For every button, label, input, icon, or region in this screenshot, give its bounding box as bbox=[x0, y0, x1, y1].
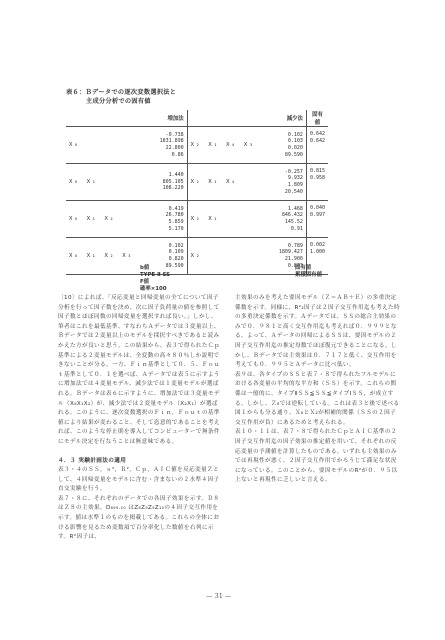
table-row: X₈X₁X₂0.41926.7805.8595.170X₂X₁1.468846.… bbox=[66, 201, 328, 238]
left-paragraph-1: 〔10〕によれば、「反応変量と回帰変量の全てについて因子分析を行って因子数を決め… bbox=[58, 294, 220, 448]
decrease-vars-cell: X₂X₁X₄ bbox=[187, 164, 265, 201]
decrease-vars-cell: X₂X₁X₄X₃ bbox=[187, 127, 265, 164]
decrease-values-cell: 0.1020.1030.02089.590 bbox=[265, 127, 307, 164]
left-paragraph-2: 表３・４のＳＳ，ｓ²，Ｒ²，Ｃｐ，ＡＩＣ値を反応変量Ｚとして、４回帰変量をモデル… bbox=[58, 466, 220, 495]
increase-vars-cell: X₈ bbox=[66, 127, 149, 164]
table-row: X₈X₁1.440805.105108.220X₂X₁X₄-0.2579.932… bbox=[66, 164, 328, 201]
variable-selection-table: 増加法 減少法 固有値 X₈-0.7381831.89822.8000.86X₂… bbox=[66, 110, 328, 275]
increase-values-cell: 0.41926.7805.8595.170 bbox=[149, 201, 188, 238]
left-text-column: 〔10〕によれば、「反応変量と回帰変量の全てについて因子分析を行って因子数を決め… bbox=[58, 294, 220, 543]
caption-line-1: 表６：Ｂデータでの逐次変数選択法と bbox=[66, 89, 176, 96]
increase-vars-cell: X₈X₁ bbox=[66, 164, 149, 201]
increase-values-cell: -0.7381831.89822.8000.86 bbox=[149, 127, 188, 164]
header-decrease: 減少法 bbox=[265, 110, 307, 127]
table-caption: 表６：Ｂデータでの逐次変数選択法と 主成分分析での固有値 bbox=[66, 88, 176, 106]
eigen-values-cell: 0.8150.958 bbox=[306, 164, 328, 201]
header-eigen: 固有値 bbox=[306, 110, 328, 127]
decrease-values-cell: -0.2579.9321.80920.540 bbox=[265, 164, 307, 201]
right-paragraph-1: 主効果のみを考えた要因モデル（Ｚ＝ＡＢ＋Ｅ）の多重決定係数を示す。同様に、R²₂… bbox=[235, 294, 401, 371]
table-row: X₈X₁X₂X₃0.1020.1090.82089.590X₂0.7891809… bbox=[66, 238, 328, 275]
left-paragraph-3: 表７・８に、それぞれのデータでの各因子効果を示す。Ｄ８はＺ８の主効果、D₈₉₉.… bbox=[58, 495, 220, 543]
table-row: X₈-0.7381831.89822.8000.86X₂X₁X₄X₃0.1020… bbox=[66, 127, 328, 164]
right-paragraph-2: 表９は、各タイプのＳＳと表７・８で得られたフルモデルにおける各変量の平均的な平方… bbox=[235, 371, 401, 429]
legend-left: b値TYPE Ⅱ SSF値確率×100 bbox=[140, 265, 170, 293]
right-paragraph-3: 表１０・１１は、表７・８で得られたＣｐとＡＩＣ基準の２因子交互作用迄の因子効果の… bbox=[235, 428, 401, 486]
legend-right: 固有値累積固有値 bbox=[295, 265, 322, 279]
decrease-vars-cell: X₂X₁ bbox=[187, 201, 265, 238]
header-increase: 増加法 bbox=[149, 110, 188, 127]
increase-values-cell: 1.440805.105108.220 bbox=[149, 164, 188, 201]
section-heading: ４．３ 実験計画法の適用 bbox=[58, 457, 220, 467]
right-text-column: 主効果のみを考えた要因モデル（Ｚ＝ＡＢ＋Ｅ）の多重決定係数を示す。同様に、R²₂… bbox=[235, 294, 401, 486]
caption-line-2: 主成分分析での固有値 bbox=[66, 97, 176, 106]
eigen-values-cell: 0.6420.642 bbox=[306, 127, 328, 164]
increase-vars-cell: X₈X₁X₂ bbox=[66, 201, 149, 238]
eigen-values-cell: 0.0400.997 bbox=[306, 201, 328, 238]
decrease-vars-cell: X₂ bbox=[187, 238, 265, 275]
page-number: — 31 — bbox=[206, 592, 231, 600]
table-header-row: 増加法 減少法 固有値 bbox=[66, 110, 328, 127]
increase-vars-cell: X₈X₁X₂X₃ bbox=[66, 238, 149, 275]
decrease-values-cell: 1.468846.432145.520.91 bbox=[265, 201, 307, 238]
